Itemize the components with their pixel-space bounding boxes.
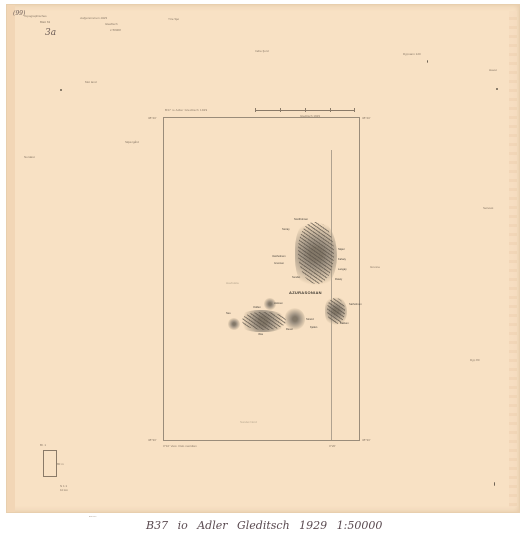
survey-point-icon: [427, 60, 428, 63]
place-label: Holmen: [274, 302, 283, 305]
header-note-left-1: Topographisches: [24, 14, 47, 18]
survey-point-icon: [496, 88, 498, 90]
margin-note: Skjærgård: [125, 140, 139, 144]
place-label: Storøy: [282, 228, 290, 231]
place-label: Vika: [258, 333, 263, 336]
place-label: Kjølen: [310, 326, 317, 329]
place-label: Vestholmen: [272, 255, 286, 258]
place-label: Sørholmen: [349, 303, 362, 306]
coord-top-right: 38°40': [362, 116, 370, 120]
water-label: Sundet Nord: [240, 420, 257, 424]
margin-note: Havet: [489, 68, 497, 72]
sheet-left-edge: [7, 5, 15, 512]
place-label: Flatøy: [335, 278, 342, 281]
place-label: Langøy: [338, 268, 347, 271]
meridian-line: [331, 150, 332, 440]
frame-title: B37 io Adler Gleditsch 1929: [165, 108, 207, 112]
margin-note: Indre fjord: [255, 49, 269, 53]
margin-note: Sørvest: [483, 206, 493, 210]
inset-frame: [43, 450, 57, 477]
place-label: Strand: [306, 318, 314, 321]
east-island-relief: [327, 298, 345, 324]
header-note-left-2: Blatt 63: [40, 20, 50, 24]
main-island-relief: [298, 222, 334, 284]
place-label: Bakken: [340, 322, 349, 325]
place-label: Skjær: [338, 248, 345, 251]
coord-bottom-right: 38°30': [362, 438, 370, 442]
caption-surveyor: Adler Gleditsch: [197, 519, 289, 532]
place-label: Revet: [286, 328, 293, 331]
survey-point-icon: [494, 482, 495, 486]
place-label: Nordholmen: [294, 218, 308, 221]
margin-note: Mot land: [85, 80, 97, 84]
frame-bottom-note: 0°10' Vest. Oslo meridian: [163, 444, 197, 448]
survey-point-icon: [60, 89, 62, 91]
header-note-right-2: Gleditsch: [105, 22, 118, 26]
margin-note: Ytre Sjø: [168, 17, 179, 21]
header-handwritten-number: 3a: [45, 28, 56, 38]
margin-note: Grunne: [370, 265, 380, 269]
margin-note: Dyp 80: [470, 358, 480, 362]
caption-scale: 1:50000: [337, 519, 383, 532]
place-label: Nes: [226, 312, 231, 315]
main-place-label: AZURASONIAN: [289, 290, 322, 295]
margin-note: Dypvann 120: [403, 52, 421, 56]
caption: B37 io Adler Gleditsch 1929 1:50000: [146, 519, 382, 532]
header-note-right-3: 1:50000: [110, 28, 121, 32]
place-label: Kalvøy: [338, 258, 346, 261]
sheet-right-edge: [509, 11, 517, 507]
header-note-right-1: Aufgenommen 1929: [80, 16, 107, 20]
inset-side-note: 80 m: [57, 462, 64, 466]
inset-sub-note: 10 km: [60, 488, 68, 492]
scale-bar: [255, 108, 355, 112]
frame-bottom-right-note: 0°20': [329, 444, 336, 448]
far-west-island: [228, 318, 240, 330]
inset-label: Bl. 1: [40, 443, 46, 447]
caption-year: 1929: [299, 519, 327, 532]
place-label: Odden: [253, 306, 261, 309]
south-island: [285, 308, 305, 330]
coord-top-left: 38°40': [148, 116, 156, 120]
water-label: Havbukta: [226, 281, 239, 285]
place-label: Grunnen: [274, 262, 284, 265]
margin-note: Nordøst: [24, 155, 35, 159]
place-label: Sundet: [292, 276, 300, 279]
caption-sheet-id: B37 io: [146, 519, 188, 532]
coord-bottom-left: 38°30': [148, 438, 156, 442]
west-island-relief: [242, 312, 286, 330]
